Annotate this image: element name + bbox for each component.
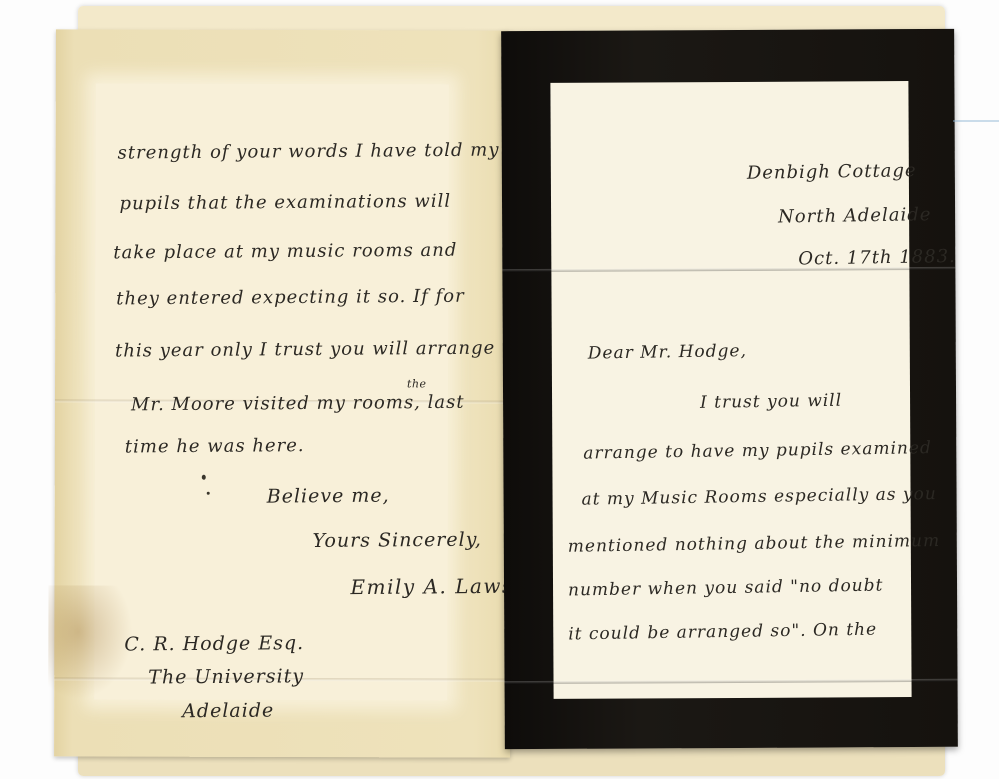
recipient-address-line: Adelaide bbox=[182, 700, 274, 722]
signature: Emily A. Laws. bbox=[350, 575, 521, 598]
handwritten-insertion: the bbox=[407, 378, 427, 390]
scanner-artifact-line bbox=[953, 120, 999, 122]
recipient-address-line: C. R. Hodge Esq. bbox=[124, 633, 304, 655]
paper-stain bbox=[48, 585, 134, 701]
closing-line: Yours Sincerely, bbox=[313, 530, 482, 552]
closing-line: Believe me, bbox=[267, 486, 390, 508]
handwritten-line: they entered expecting it so. If for bbox=[116, 287, 465, 310]
left-page: strength of your words I have told my pu… bbox=[54, 29, 512, 757]
right-page-mourning: Denbigh Cottage North Adelaide Oct. 17th… bbox=[501, 29, 958, 749]
ink-speck bbox=[207, 492, 210, 495]
recipient-address-line: The University bbox=[148, 666, 304, 688]
handwritten-line: Mr. Moore visited my rooms, last bbox=[131, 393, 465, 415]
handwritten-line: I trust you will bbox=[700, 392, 842, 413]
letterhead-date: Oct. 17th 1883. bbox=[798, 247, 956, 269]
letterhead-line: North Adelaide bbox=[778, 205, 932, 227]
salutation: Dear Mr. Hodge, bbox=[588, 342, 747, 363]
handwritten-line: this year only I trust you will arrange bbox=[115, 339, 495, 362]
handwritten-line: time he was here. bbox=[125, 436, 305, 457]
letter-scan: strength of your words I have told my pu… bbox=[0, 0, 999, 779]
ink-speck bbox=[202, 475, 206, 480]
handwritten-line: pupils that the examinations will bbox=[119, 192, 451, 214]
letterhead-line: Denbigh Cottage bbox=[747, 161, 917, 183]
handwritten-line: strength of your words I have told my bbox=[118, 141, 500, 164]
handwritten-line: take place at my music rooms and bbox=[113, 241, 457, 263]
